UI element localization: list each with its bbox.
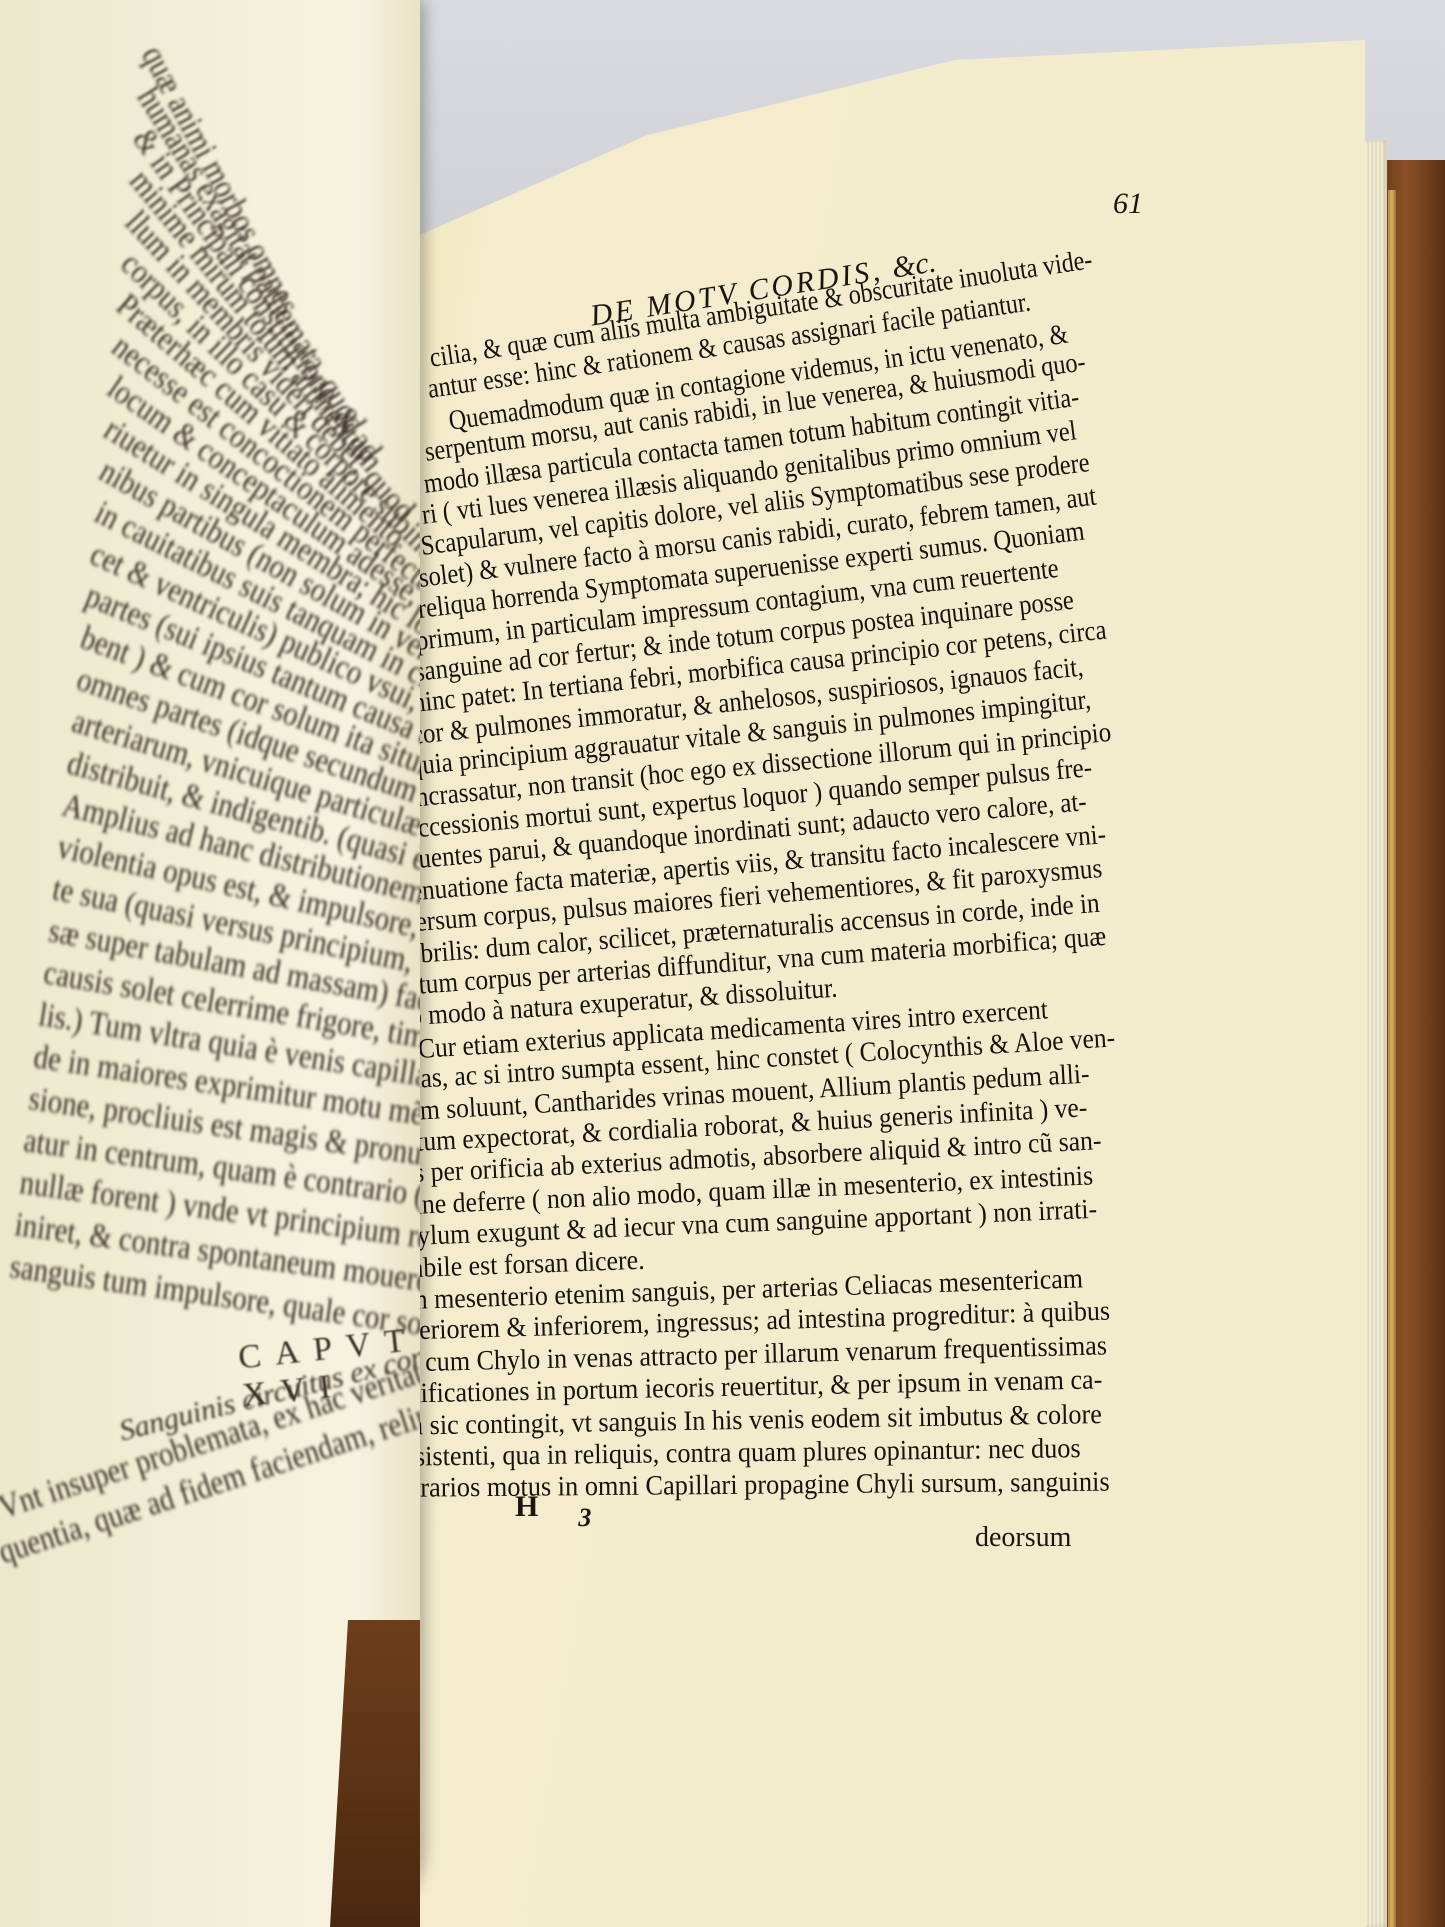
signature-mark: H3 — [515, 1490, 591, 1524]
signature-number: 3 — [578, 1503, 591, 1532]
signature-letter: H — [515, 1490, 538, 1523]
page-number: 61 — [1113, 187, 1143, 221]
gilt-cover-edge — [1388, 190, 1396, 1927]
catchword: deorsum — [975, 1522, 1071, 1554]
text-line: contrarios motus in omni Capillari propa… — [375, 1469, 1110, 1503]
